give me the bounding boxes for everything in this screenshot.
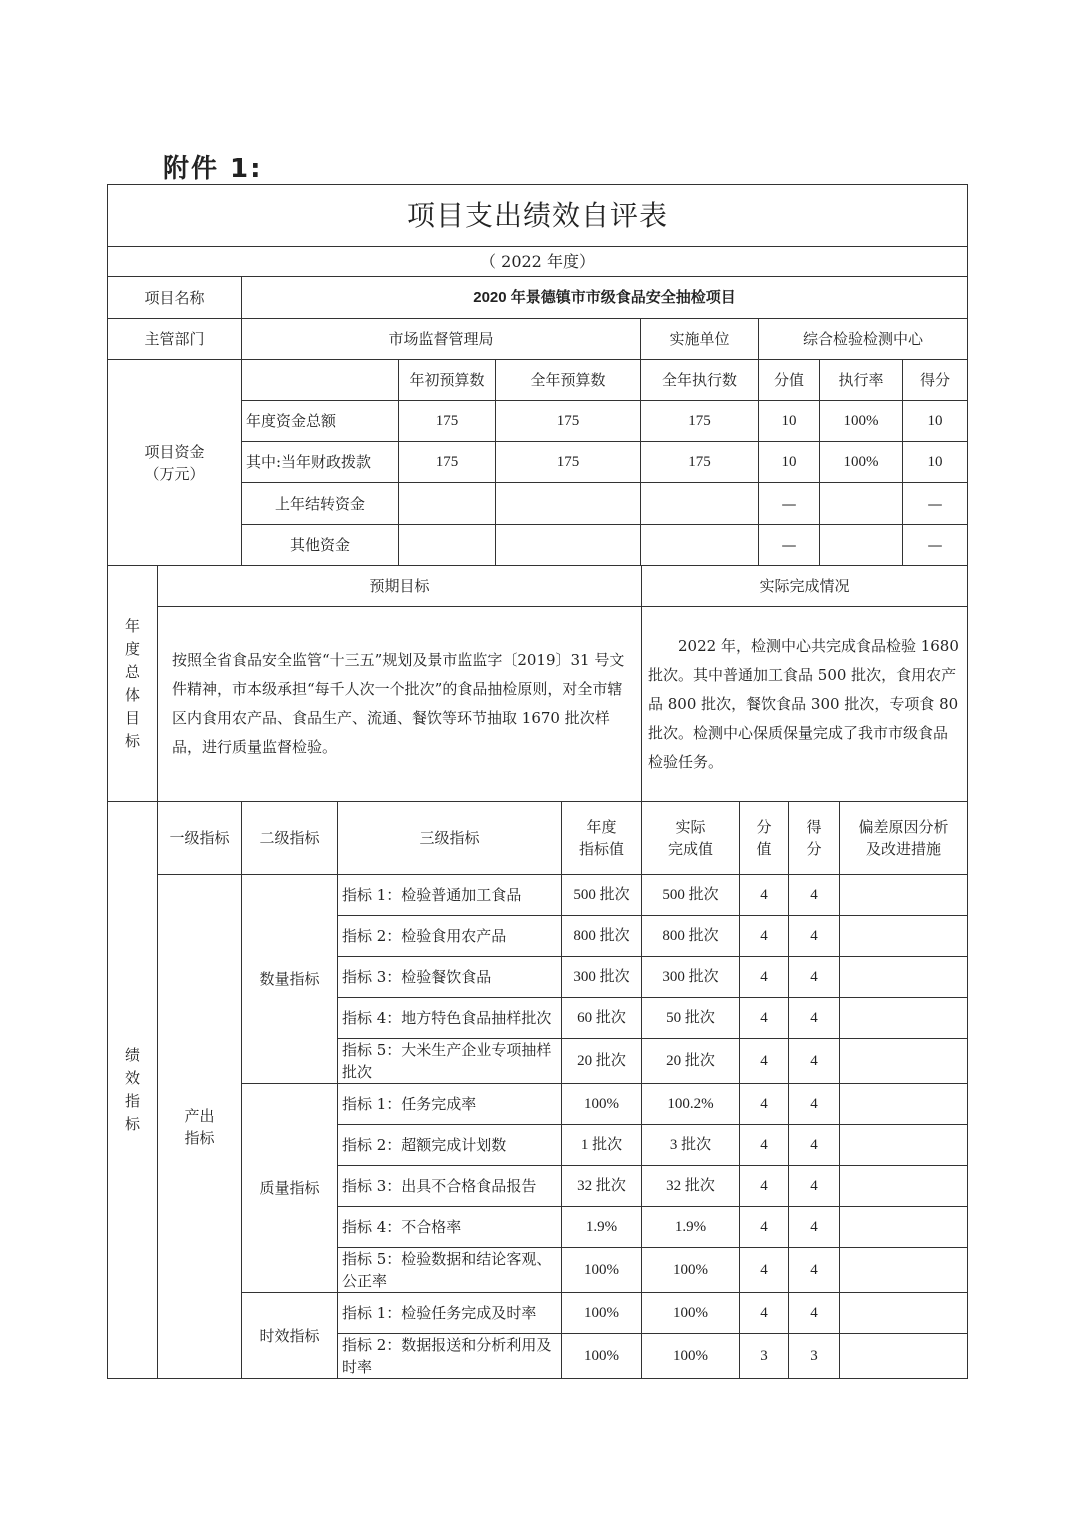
indicator-name: 指标 5：检验数据和结论客观、公正率 bbox=[338, 1248, 562, 1293]
indicator-note bbox=[840, 998, 968, 1039]
indicator-target: 20 批次 bbox=[562, 1039, 642, 1084]
indicator-target: 100% bbox=[562, 1334, 642, 1379]
funds-annual bbox=[496, 483, 641, 525]
indicator-target: 100% bbox=[562, 1084, 642, 1125]
indicator-score: 4 bbox=[789, 916, 840, 957]
indicator-score: 4 bbox=[789, 1166, 840, 1207]
funds-executed: 175 bbox=[641, 401, 759, 442]
funds-header-annual: 全年预算数 bbox=[496, 360, 641, 401]
funds-annual: 175 bbox=[496, 401, 641, 442]
indicator-note bbox=[840, 1293, 968, 1334]
indicator-note bbox=[840, 875, 968, 916]
evaluation-table: 项目支出绩效自评表 （ 2022 年度） 项目名称 2020 年景德镇市市级食品… bbox=[107, 184, 968, 319]
department-label: 主管部门 bbox=[108, 319, 242, 360]
level1-output: 产出指标 bbox=[158, 875, 242, 1379]
funds-header-executed: 全年执行数 bbox=[641, 360, 759, 401]
funds-executed: 175 bbox=[641, 442, 759, 483]
funds-score-value: — bbox=[759, 525, 820, 566]
indicator-actual: 1.9% bbox=[642, 1207, 740, 1248]
indicator-value: 3 bbox=[740, 1334, 789, 1379]
funds-header-initial: 年初预算数 bbox=[399, 360, 496, 401]
goals-table: 年度总体目标 预期目标 实际完成情况 按照全省食品安全监管“十三五”规划及景市监… bbox=[107, 565, 968, 802]
funds-row-name: 年度资金总额 bbox=[242, 401, 399, 442]
year-label: （ 2022 年度） bbox=[108, 247, 968, 277]
indicators-table: 绩效指标 一级指标 二级指标 三级指标 年度指标值 实际完成值 分值 得分 偏差… bbox=[107, 801, 968, 1379]
funds-executed bbox=[641, 525, 759, 566]
performance-self-evaluation-form: 项目支出绩效自评表 （ 2022 年度） 项目名称 2020 年景德镇市市级食品… bbox=[107, 184, 967, 1379]
indicator-name: 指标 2：检验食用农产品 bbox=[338, 916, 562, 957]
header-level2: 二级指标 bbox=[242, 802, 338, 875]
header-score-value: 分值 bbox=[740, 802, 789, 875]
indicators-label: 绩效指标 bbox=[108, 802, 158, 1379]
implementing-unit-label: 实施单位 bbox=[641, 319, 759, 360]
indicator-value: 4 bbox=[740, 1166, 789, 1207]
indicator-score: 4 bbox=[789, 1125, 840, 1166]
indicator-name: 指标 1：任务完成率 bbox=[338, 1084, 562, 1125]
indicator-name: 指标 3：出具不合格食品报告 bbox=[338, 1166, 562, 1207]
funds-score-value: 10 bbox=[759, 401, 820, 442]
indicator-target: 100% bbox=[562, 1248, 642, 1293]
funds-header-rate: 执行率 bbox=[820, 360, 903, 401]
actual-completion-header: 实际完成情况 bbox=[642, 566, 968, 607]
indicator-target: 32 批次 bbox=[562, 1166, 642, 1207]
indicator-score: 4 bbox=[789, 1248, 840, 1293]
indicator-note bbox=[840, 1125, 968, 1166]
funds-row-name: 上年结转资金 bbox=[242, 483, 399, 525]
indicator-name: 指标 4：地方特色食品抽样批次 bbox=[338, 998, 562, 1039]
indicator-name: 指标 2：数据报送和分析利用及时率 bbox=[338, 1334, 562, 1379]
indicator-note bbox=[840, 1207, 968, 1248]
indicator-target: 100% bbox=[562, 1293, 642, 1334]
indicator-actual: 500 批次 bbox=[642, 875, 740, 916]
funds-rate: 100% bbox=[820, 401, 903, 442]
funds-rate bbox=[820, 525, 903, 566]
goals-label: 年度总体目标 bbox=[108, 566, 158, 802]
indicator-target: 60 批次 bbox=[562, 998, 642, 1039]
indicator-actual: 3 批次 bbox=[642, 1125, 740, 1166]
indicator-score: 4 bbox=[789, 1207, 840, 1248]
indicator-target: 1 批次 bbox=[562, 1125, 642, 1166]
funds-row-name: 其他资金 bbox=[242, 525, 399, 566]
indicator-name: 指标 1：检验任务完成及时率 bbox=[338, 1293, 562, 1334]
indicator-value: 4 bbox=[740, 875, 789, 916]
header-actual: 实际完成值 bbox=[642, 802, 740, 875]
funds-label-line2: （万元） bbox=[112, 463, 237, 485]
funds-initial bbox=[399, 525, 496, 566]
indicator-target: 1.9% bbox=[562, 1207, 642, 1248]
indicator-note bbox=[840, 1166, 968, 1207]
funds-label: 项目资金 （万元） bbox=[108, 360, 242, 566]
indicator-score: 4 bbox=[789, 998, 840, 1039]
indicator-value: 4 bbox=[740, 1248, 789, 1293]
funds-row-name: 其中:当年财政拨款 bbox=[242, 442, 399, 483]
indicator-value: 4 bbox=[740, 1207, 789, 1248]
indicator-note bbox=[840, 957, 968, 998]
funds-initial: 175 bbox=[399, 442, 496, 483]
indicator-score: 4 bbox=[789, 1084, 840, 1125]
level2-quantity: 数量指标 bbox=[242, 875, 338, 1084]
indicator-name: 指标 4：不合格率 bbox=[338, 1207, 562, 1248]
header-level1: 一级指标 bbox=[158, 802, 242, 875]
funds-score-value: — bbox=[759, 483, 820, 525]
indicator-name: 指标 3：检验餐饮食品 bbox=[338, 957, 562, 998]
indicator-actual: 20 批次 bbox=[642, 1039, 740, 1084]
actual-completion-text: 2022 年，检测中心共完成食品检验 1680 批次。其中普通加工食品 500 … bbox=[642, 607, 968, 802]
funds-score: 10 bbox=[903, 442, 968, 483]
indicator-name: 指标 2：超额完成计划数 bbox=[338, 1125, 562, 1166]
indicator-value: 4 bbox=[740, 1039, 789, 1084]
header-deviation: 偏差原因分析及改进措施 bbox=[840, 802, 968, 875]
funds-annual bbox=[496, 525, 641, 566]
project-name-label: 项目名称 bbox=[108, 277, 242, 319]
indicator-actual: 100.2% bbox=[642, 1084, 740, 1125]
indicator-name: 指标 1：检验普通加工食品 bbox=[338, 875, 562, 916]
implementing-unit-value: 综合检验检测中心 bbox=[759, 319, 968, 360]
indicator-value: 4 bbox=[740, 1084, 789, 1125]
indicator-target: 300 批次 bbox=[562, 957, 642, 998]
funds-label-line1: 项目资金 bbox=[112, 441, 237, 463]
indicator-actual: 100% bbox=[642, 1293, 740, 1334]
indicator-target: 500 批次 bbox=[562, 875, 642, 916]
funds-annual: 175 bbox=[496, 442, 641, 483]
indicator-score: 3 bbox=[789, 1334, 840, 1379]
funds-table: 主管部门 市场监督管理局 实施单位 综合检验检测中心 项目资金 （万元） 年初预… bbox=[107, 318, 968, 566]
indicator-value: 4 bbox=[740, 957, 789, 998]
funds-score-value: 10 bbox=[759, 442, 820, 483]
funds-executed bbox=[641, 483, 759, 525]
indicator-score: 4 bbox=[789, 1293, 840, 1334]
indicator-score: 4 bbox=[789, 957, 840, 998]
funds-header-blank bbox=[242, 360, 399, 401]
indicator-actual: 100% bbox=[642, 1334, 740, 1379]
level2-timeliness: 时效指标 bbox=[242, 1293, 338, 1379]
indicator-actual: 50 批次 bbox=[642, 998, 740, 1039]
funds-rate bbox=[820, 483, 903, 525]
indicator-note bbox=[840, 916, 968, 957]
expected-goal-header: 预期目标 bbox=[158, 566, 642, 607]
funds-score: 10 bbox=[903, 401, 968, 442]
indicator-note bbox=[840, 1334, 968, 1379]
indicator-actual: 100% bbox=[642, 1248, 740, 1293]
indicator-note bbox=[840, 1039, 968, 1084]
indicator-actual: 300 批次 bbox=[642, 957, 740, 998]
indicator-note bbox=[840, 1084, 968, 1125]
indicator-name: 指标 5：大米生产企业专项抽样批次 bbox=[338, 1039, 562, 1084]
indicator-note bbox=[840, 1248, 968, 1293]
indicator-row: 产出指标 数量指标 指标 1：检验普通加工食品 500 批次 500 批次 4 … bbox=[108, 875, 968, 916]
indicator-value: 4 bbox=[740, 1293, 789, 1334]
funds-initial bbox=[399, 483, 496, 525]
expected-goal-text: 按照全省食品安全监管“十三五”规划及景市监监字〔2019〕31 号文件精神，市本… bbox=[158, 607, 642, 802]
indicator-actual: 32 批次 bbox=[642, 1166, 740, 1207]
indicator-value: 4 bbox=[740, 998, 789, 1039]
department-value: 市场监督管理局 bbox=[242, 319, 641, 360]
funds-header-score-value: 分值 bbox=[759, 360, 820, 401]
indicator-score: 4 bbox=[789, 1039, 840, 1084]
indicator-score: 4 bbox=[789, 875, 840, 916]
indicator-target: 800 批次 bbox=[562, 916, 642, 957]
funds-initial: 175 bbox=[399, 401, 496, 442]
funds-header-score: 得分 bbox=[903, 360, 968, 401]
funds-rate: 100% bbox=[820, 442, 903, 483]
funds-score: — bbox=[903, 525, 968, 566]
form-title: 项目支出绩效自评表 bbox=[108, 185, 968, 247]
indicator-value: 4 bbox=[740, 916, 789, 957]
indicator-value: 4 bbox=[740, 1125, 789, 1166]
project-name-value: 2020 年景德镇市市级食品安全抽检项目 bbox=[242, 277, 968, 319]
indicator-actual: 800 批次 bbox=[642, 916, 740, 957]
attachment-label: 附件 1: bbox=[163, 148, 263, 185]
header-level3: 三级指标 bbox=[338, 802, 562, 875]
level2-quality: 质量指标 bbox=[242, 1084, 338, 1293]
funds-score: — bbox=[903, 483, 968, 525]
header-target: 年度指标值 bbox=[562, 802, 642, 875]
header-score: 得分 bbox=[789, 802, 840, 875]
